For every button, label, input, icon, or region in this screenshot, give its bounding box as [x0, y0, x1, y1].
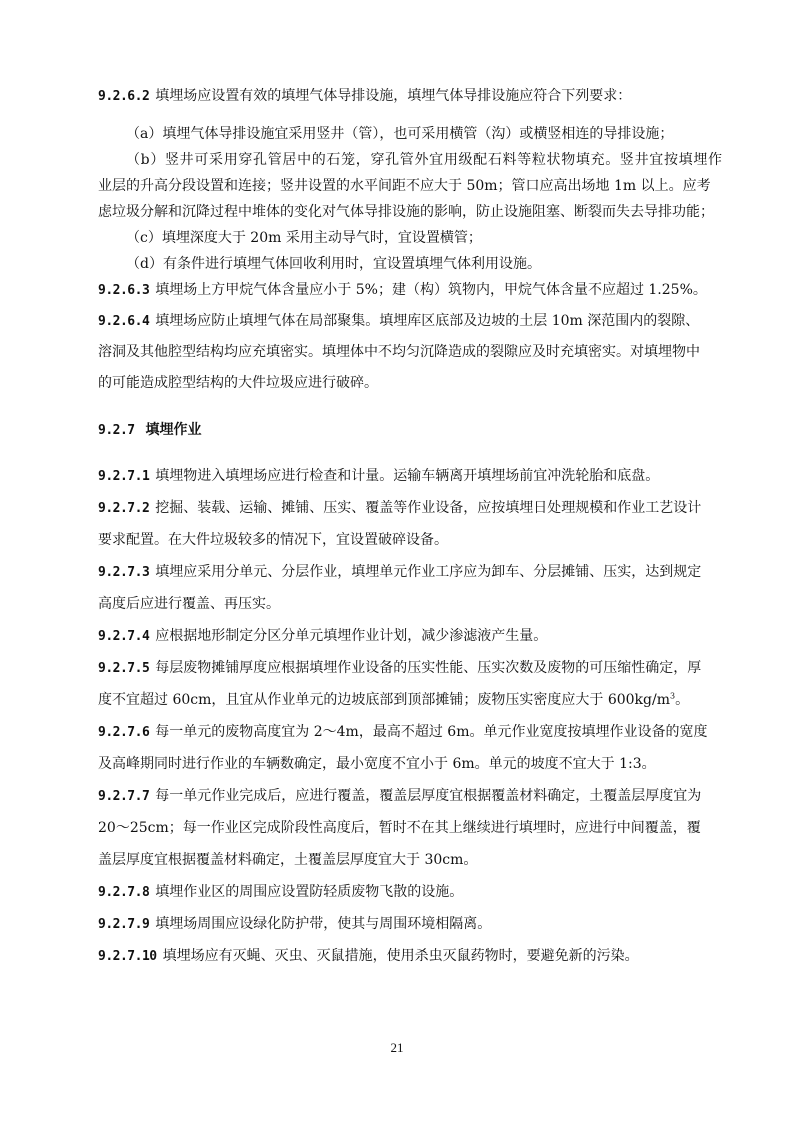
line-text: 填埋场应有灭蝇、灭虫、灭鼠措施，使用杀虫灭鼠药物时，要避免新的污染。 [163, 948, 639, 964]
line-text: （d）有条件进行填埋气体回收利用时，宜设置填埋气体利用设施。 [126, 256, 541, 272]
clause-line: 9.2.7.4应根据地形制定分区分单元填埋作业计划，减少渗滤液产生量。 [98, 626, 547, 647]
clause-number: 9.2.6.2 [98, 89, 149, 104]
line-text: 溶洞及其他腔型结构均应充填密实。填埋体中不均匀沉降造成的裂隙应及时充填密实。对填… [98, 344, 700, 360]
line-text: 填埋场应设置有效的填埋气体导排设施，填埋气体导排设施应符合下列要求： [155, 88, 631, 104]
line-text: 每一单元的废物高度宜为 2～4m，最高不超过 6m。单元作业宽度按填埋作业设备的… [155, 724, 707, 740]
clause-number: 9.2.7.6 [98, 725, 149, 740]
paragraph-line: 业层的升高分段设置和连接；竖井设置的水平间距不应大于 50m；管口应高出场地 1… [98, 176, 694, 196]
clause-number: 9.2.7.2 [98, 501, 149, 516]
paragraph-line: 虑垃圾分解和沉降过程中堆体的变化对气体导排设施的影响，防止设施阻塞、断裂而失去导… [98, 202, 694, 222]
line-text: 应根据地形制定分区分单元填埋作业计划，减少渗滤液产生量。 [155, 628, 547, 644]
line-text: 填埋场周围应设绿化防护带，使其与周围环境相隔离。 [155, 916, 491, 932]
paragraph-line: 溶洞及其他腔型结构均应充填密实。填埋体中不均匀沉降造成的裂隙应及时充填密实。对填… [98, 342, 694, 362]
line-text: （b）竖井可采用穿孔管居中的石笼，穿孔管外宜用级配石料等粒状物填充。竖井宜按填埋… [126, 152, 722, 168]
paragraph-line: （d）有条件进行填埋气体回收利用时，宜设置填埋气体利用设施。 [98, 254, 541, 274]
paragraph-line: 度不宜超过 60cm，且宜从作业单元的边坡底部到顶部摊铺；废物压实密度应大于 6… [98, 690, 689, 710]
clause-number: 9.2.6.3 [98, 283, 149, 298]
paragraph-line: 及高峰期同时进行作业的车辆数确定，最小宽度不宜小于 6m。单元的坡度不宜大于 1… [98, 754, 656, 774]
line-text: 业层的升高分段设置和连接；竖井设置的水平间距不应大于 50m；管口应高出场地 1… [98, 178, 711, 194]
clause-line: 9.2.6.2填埋场应设置有效的填埋气体导排设施，填埋气体导排设施应符合下列要求… [98, 86, 631, 107]
line-text: 填埋场上方甲烷气体含量应小于 5%；建（构）筑物内，甲烷气体含量不应超过 1.2… [155, 282, 707, 298]
line-text: 高度后应进行覆盖、再压实。 [98, 596, 280, 612]
clause-number: 9.2.7.8 [98, 885, 149, 900]
paragraph-line: 要求配置。在大件垃圾较多的情况下，宜设置破碎设备。 [98, 530, 448, 550]
line-text: 填埋物进入填埋场应进行检查和计量。运输车辆离开填埋场前宜冲洗轮胎和底盘。 [155, 468, 659, 484]
line-text: 度不宜超过 60cm，且宜从作业单元的边坡底部到顶部摊铺；废物压实密度应大于 6… [98, 692, 670, 708]
clause-line: 9.2.7.6每一单元的废物高度宜为 2～4m，最高不超过 6m。单元作业宽度按… [98, 722, 694, 743]
line-text: 挖掘、装载、运输、摊铺、压实、覆盖等作业设备，应按填埋日处理规模和作业工艺设计 [155, 500, 701, 516]
paragraph-line: （a）填埋气体导排设施宜采用竖井（管），也可采用横管（沟）或横竖相连的导排设施； [98, 124, 673, 144]
line-text: 虑垃圾分解和沉降过程中堆体的变化对气体导排设施的影响，防止设施阻塞、断裂而失去导… [98, 204, 714, 220]
line-text: 盖层厚度宜根据覆盖材料确定，土覆盖层厚度宜大于 30cm。 [98, 852, 477, 868]
clause-number: 9.2.7.7 [98, 789, 149, 804]
line-text: （a）填埋气体导排设施宜采用竖井（管），也可采用横管（沟）或横竖相连的导排设施； [126, 126, 673, 142]
line-text: 填埋场应防止填埋气体在局部聚集。填埋库区底部及边坡的土层 10m 深范围内的裂隙… [155, 313, 699, 329]
paragraph-line: 盖层厚度宜根据覆盖材料确定，土覆盖层厚度宜大于 30cm。 [98, 850, 477, 870]
paragraph-line: （b）竖井可采用穿孔管居中的石笼，穿孔管外宜用级配石料等粒状物填充。竖井宜按填埋… [98, 150, 722, 170]
line-text: 每一单元作业完成后，应进行覆盖，覆盖层厚度宜根据覆盖材料确定，土覆盖层厚度宜为 [155, 788, 701, 804]
line-text: 及高峰期同时进行作业的车辆数确定，最小宽度不宜小于 6m。单元的坡度不宜大于 1… [98, 756, 656, 772]
clause-number: 9.2.7.9 [98, 917, 149, 932]
paragraph-line: 高度后应进行覆盖、再压实。 [98, 594, 280, 614]
line-text: 每层废物摊铺厚度应根据填埋作业设备的压实性能、压实次数及废物的可压缩性确定，厚 [155, 660, 701, 676]
clause-line: 9.2.7.2挖掘、装载、运输、摊铺、压实、覆盖等作业设备，应按填埋日处理规模和… [98, 498, 694, 519]
line-tail: 。 [675, 692, 689, 708]
clause-number: 9.2.7.1 [98, 469, 149, 484]
section-number: 9.2.7 [98, 423, 135, 438]
clause-number: 9.2.7.4 [98, 629, 149, 644]
clause-line: 9.2.7.1填埋物进入填埋场应进行检查和计量。运输车辆离开填埋场前宜冲洗轮胎和… [98, 466, 659, 487]
line-text: 填埋作业区的周围应设置防轻质废物飞散的设施。 [155, 884, 463, 900]
section-title: 填埋作业 [146, 422, 202, 438]
clause-number: 9.2.7.10 [98, 949, 157, 964]
section-heading: 9.2.7 填埋作业 [98, 420, 202, 441]
line-text: 要求配置。在大件垃圾较多的情况下，宜设置破碎设备。 [98, 532, 448, 548]
clause-line: 9.2.7.9填埋场周围应设绿化防护带，使其与周围环境相隔离。 [98, 914, 491, 935]
clause-line: 9.2.7.3填埋应采用分单元、分层作业，填埋单元作业工序应为卸车、分层摊铺、压… [98, 562, 694, 583]
paragraph-line: 20～25cm；每一作业区完成阶段性高度后，暂时不在其上继续进行填埋时，应进行中… [98, 818, 694, 838]
paragraph-line: 的可能造成腔型结构的大件垃圾应进行破碎。 [98, 373, 378, 393]
page-number: 21 [0, 1040, 794, 1056]
clause-number: 9.2.6.4 [98, 314, 149, 329]
clause-line: 9.2.7.8填埋作业区的周围应设置防轻质废物飞散的设施。 [98, 882, 463, 903]
clause-number: 9.2.7.3 [98, 565, 149, 580]
line-text: 填埋应采用分单元、分层作业，填埋单元作业工序应为卸车、分层摊铺、压实，达到规定 [155, 564, 701, 580]
line-text: （c）填埋深度大于 20m 采用主动导气时，宜设置横管； [126, 230, 482, 246]
clause-line: 9.2.7.7每一单元作业完成后，应进行覆盖，覆盖层厚度宜根据覆盖材料确定，土覆… [98, 786, 694, 807]
paragraph-line: （c）填埋深度大于 20m 采用主动导气时，宜设置横管； [98, 228, 482, 248]
line-text: 的可能造成腔型结构的大件垃圾应进行破碎。 [98, 375, 378, 391]
clause-number: 9.2.7.5 [98, 661, 149, 676]
clause-line: 9.2.7.10填埋场应有灭蝇、灭虫、灭鼠措施，使用杀虫灭鼠药物时，要避免新的污… [98, 946, 639, 967]
clause-line: 9.2.6.4填埋场应防止填埋气体在局部聚集。填埋库区底部及边坡的土层 10m … [98, 311, 694, 332]
clause-line: 9.2.6.3填埋场上方甲烷气体含量应小于 5%；建（构）筑物内，甲烷气体含量不… [98, 280, 707, 301]
line-text: 20～25cm；每一作业区完成阶段性高度后，暂时不在其上继续进行填埋时，应进行中… [98, 820, 701, 836]
clause-line: 9.2.7.5每层废物摊铺厚度应根据填埋作业设备的压实性能、压实次数及废物的可压… [98, 658, 694, 679]
